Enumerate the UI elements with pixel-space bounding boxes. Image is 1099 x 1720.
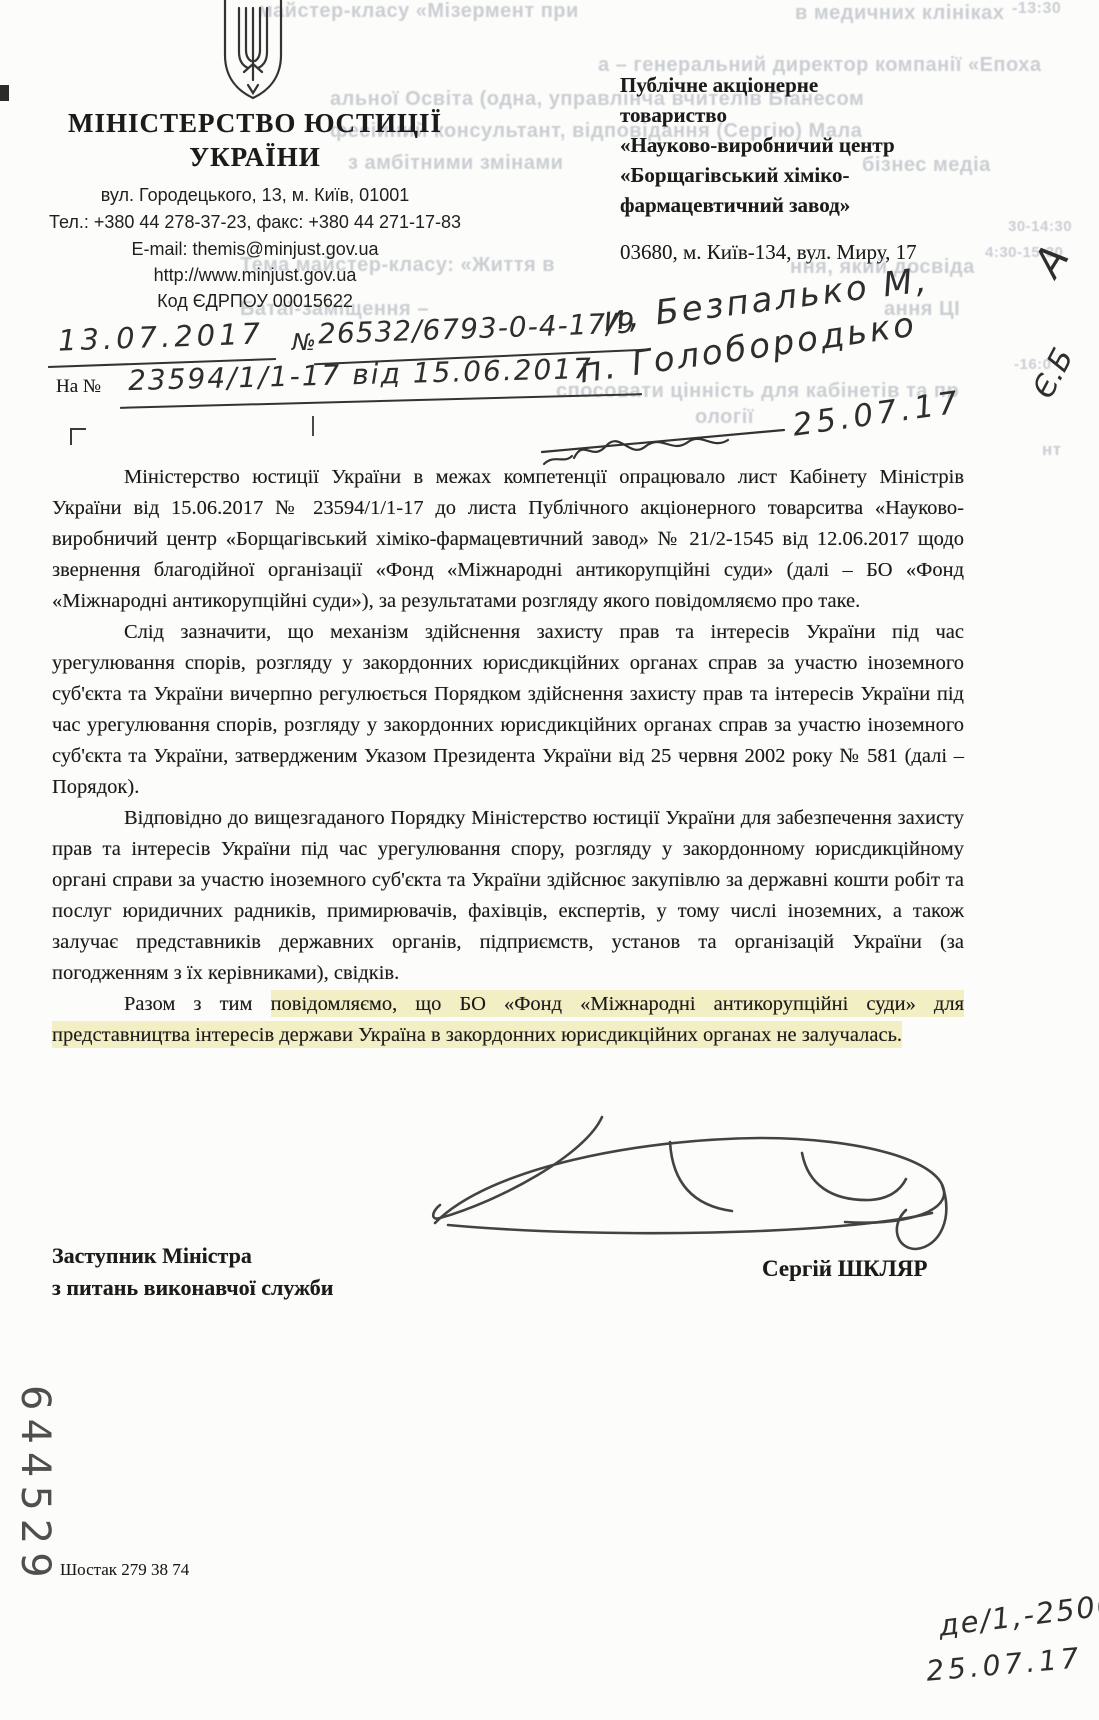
body-paragraph-4-plain: Разом з тим — [124, 993, 271, 1015]
ministry-edrpou: Код ЄДРПОУ 00015622 — [40, 288, 470, 314]
ministry-email: E-mail: themis@minjust.gov.ua — [40, 236, 470, 262]
body-paragraph-4: Разом з тим повідомляємо, що БО «Фонд «М… — [52, 989, 964, 1051]
corner-registration-mark — [70, 428, 86, 445]
ministry-title-line1: МІНІСТЕРСТВО ЮСТИЦІЇ — [40, 106, 470, 140]
ukraine-trident-icon — [218, 0, 288, 100]
scanned-letter-page: майстер-класу «Мізермент прив медичних к… — [0, 0, 1099, 1720]
bleedthrough-text: нт — [1042, 440, 1062, 460]
recipient-address: 03680, м. Київ-134, вул. Миру, 17 — [620, 240, 1020, 265]
bleedthrough-text: 30-14:30 — [1008, 218, 1072, 235]
letter-body: Міністерство юстиції України в межах ком… — [52, 462, 964, 1051]
ministry-address: вул. Городецького, 13, м. Київ, 01001 — [40, 182, 470, 208]
recipient-line: «Науково-виробничий центр — [620, 130, 1000, 160]
ministry-website: http://www.minjust.gov.ua — [40, 262, 470, 288]
bleedthrough-text: майстер-класу «Мізермент при — [258, 0, 579, 23]
signer-position-line1: Заступник Міністра — [52, 1240, 252, 1272]
signer-position-line2: з питань виконавчої служби — [52, 1272, 333, 1304]
handwritten-resolution-name2-tail: Є.Б — [1026, 343, 1081, 405]
scan-edge-artifact — [0, 85, 9, 101]
tick-registration-mark — [312, 416, 314, 436]
body-paragraph-3: Відповідно до вищезгаданого Порядку Міні… — [52, 803, 964, 989]
recipient-line: «Борщагівський хіміко- — [620, 160, 1000, 190]
ministry-title-line2: УКРАЇНИ — [40, 140, 470, 174]
ministry-phone-fax: Тел.: +380 44 278-37-23, факс: +380 44 2… — [10, 209, 500, 235]
body-paragraph-1: Міністерство юстиції України в межах ком… — [52, 462, 964, 617]
recipient-line: товариство — [620, 100, 1000, 130]
executor-phone: Шостак 279 38 74 — [60, 1560, 189, 1580]
recipient-line: фармацевтичний завод» — [620, 190, 1000, 220]
bleedthrough-text: -13:30 — [1012, 0, 1061, 18]
reply-label: На № — [56, 376, 101, 398]
handwritten-number-sign: № — [292, 330, 316, 356]
handwritten-footer-note: де/1,-2500 — [937, 1587, 1099, 1643]
handwritten-date: 13.07.2017 — [57, 316, 264, 357]
recipient-block: Публічне акціонерне товариство «Науково-… — [620, 70, 1000, 220]
minister-signature-stroke — [340, 1105, 990, 1275]
registration-stamp-number: 644529 — [12, 1385, 58, 1585]
body-paragraph-2: Слід зазначити, що механізм здійснення з… — [52, 617, 964, 803]
handwritten-footer-date: 25.07.17 — [925, 1641, 1084, 1688]
recipient-line: Публічне акціонерне — [620, 70, 1000, 100]
bleedthrough-text: в медичних клініках — [795, 2, 1004, 25]
handwritten-reply-number: 23594/1/1-17 від 15.06.2017 — [128, 352, 594, 397]
